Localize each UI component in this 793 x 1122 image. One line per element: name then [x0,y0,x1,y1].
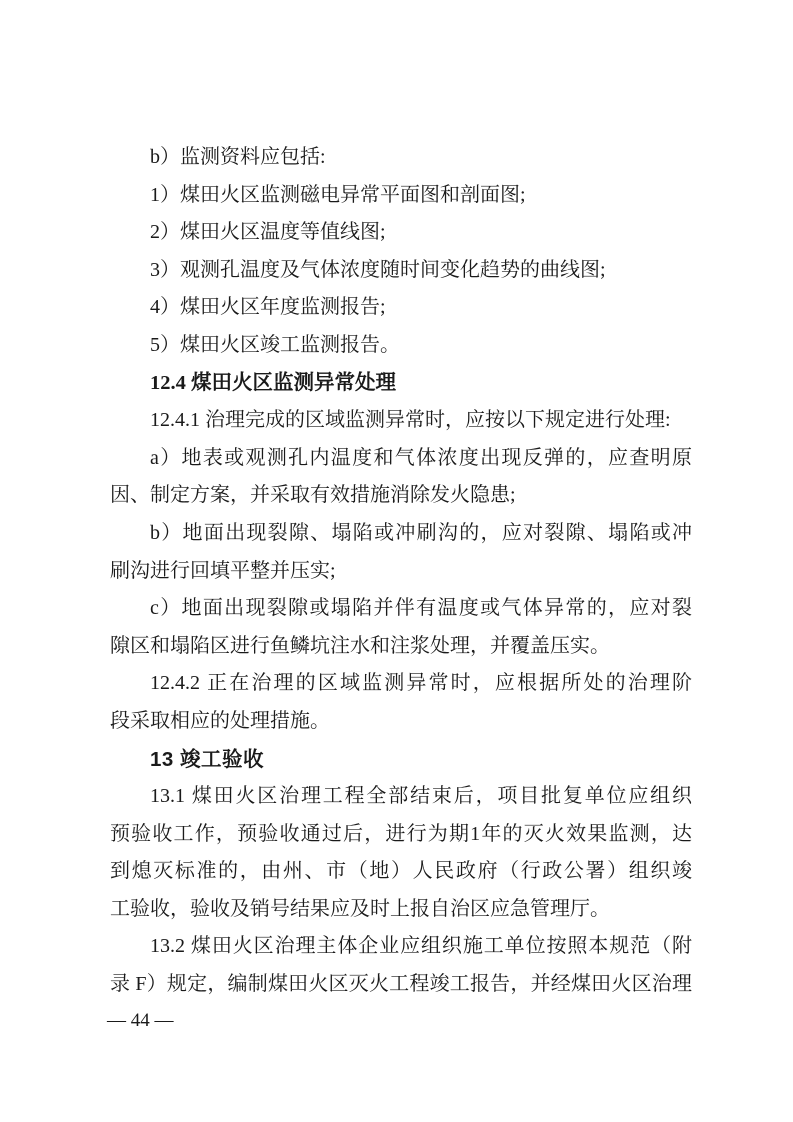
text-line: 2）煤田火区温度等值线图; [110,214,692,252]
text-line: b）地面出现裂隙、塌陷或冲刷沟的，应对裂隙、塌陷或冲 [110,515,692,553]
text-line: 13.1 煤田火区治理工程全部结束后，项目批复单位应组织 [110,778,692,816]
text-line: 预验收工作，预验收通过后，进行为期1年的灭火效果监测，达 [110,816,692,854]
footer-page-number: — 44 — [107,1002,174,1040]
text-line: 12.4.1 治理完成的区域监测异常时，应按以下规定进行处理: [110,402,692,440]
chapter-heading: 13 竣工验收 [110,741,692,779]
text-line: 工验收，验收及销号结果应及时上报自治区应急管理厅。 [110,891,692,929]
text-line: b）监测资料应包括: [110,139,692,177]
text-line: 13.2 煤田火区治理主体企业应组织施工单位按照本规范（附 [110,928,692,966]
text-line: 12.4.2 正在治理的区域监测异常时，应根据所处的治理阶 [110,665,692,703]
document-page: b）监测资料应包括:1）煤田火区监测磁电异常平面图和剖面图;2）煤田火区温度等值… [0,0,793,1122]
document-text-block: b）监测资料应包括:1）煤田火区监测磁电异常平面图和剖面图;2）煤田火区温度等值… [110,139,692,1004]
text-line: 4）煤田火区年度监测报告; [110,289,692,327]
text-line: 3）观测孔温度及气体浓度随时间变化趋势的曲线图; [110,252,692,290]
text-line: 5）煤田火区竣工监测报告。 [110,327,692,365]
text-line: a）地表或观测孔内温度和气体浓度出现反弹的，应查明原 [110,440,692,478]
text-line: 录 F）规定，编制煤田火区灭火工程竣工报告，并经煤田火区治理 [110,966,692,1004]
text-line: 1）煤田火区监测磁电异常平面图和剖面图; [110,177,692,215]
text-line: 刷沟进行回填平整并压实; [110,553,692,591]
text-line: 隙区和塌陷区进行鱼鳞坑注水和注浆处理，并覆盖压实。 [110,628,692,666]
section-heading: 12.4 煤田火区监测异常处理 [110,365,692,403]
text-line: c）地面出现裂隙或塌陷并伴有温度或气体异常的，应对裂 [110,590,692,628]
text-line: 到熄灭标准的，由州、市（地）人民政府（行政公署）组织竣 [110,853,692,891]
text-line: 因、制定方案，并采取有效措施消除发火隐患; [110,477,692,515]
text-line: 段采取相应的处理措施。 [110,703,692,741]
